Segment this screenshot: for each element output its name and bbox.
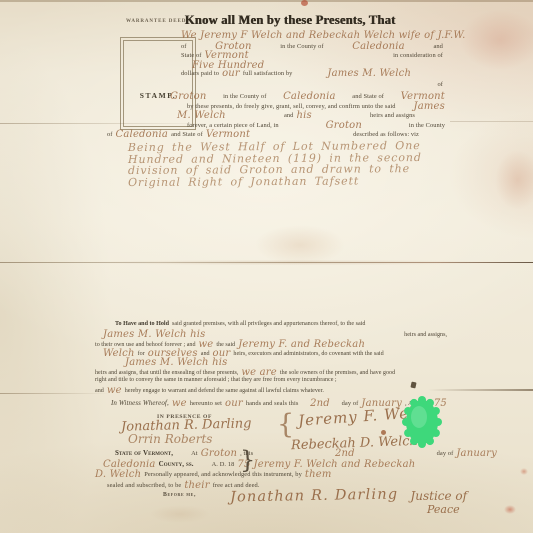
handwritten-text: them [305, 471, 332, 478]
text-line: andwehereby engage to warrant and defend… [95, 386, 447, 395]
printed-text: in the County of [280, 44, 323, 50]
text-line: State of Vermont,AtGroton, this2ndday of… [95, 449, 497, 460]
handwritten-text: James [413, 103, 445, 110]
handwritten-text: our [225, 400, 243, 407]
fold-crease [0, 262, 533, 263]
printed-text: hereby engage to warrant and defend the … [125, 388, 324, 394]
handwritten-text: Caledonia [103, 461, 156, 468]
justice-name: Jonathan R. Darling [230, 487, 399, 506]
printed-text: Personally appeared, and acknowledged th… [144, 472, 302, 478]
fold-crease [450, 121, 533, 122]
handwritten-text: James M. Welch his [125, 359, 227, 366]
text-line: CaledoniaCounty, ss.A. D. 1875Jeremy F. … [95, 460, 497, 471]
opening-paragraph: We Jeremy F Welch and Rebeckah Welch wif… [181, 31, 443, 89]
printed-text: and State of [352, 94, 384, 100]
printed-text: A. D. 18 [212, 462, 235, 468]
stain [150, 505, 210, 523]
stain [504, 505, 516, 514]
printed-text: and [201, 351, 210, 357]
handwritten-text: Caledonia [116, 131, 169, 138]
handwritten-text: Groton [170, 93, 206, 100]
handwritten-text: We Jeremy F Welch and Rebeckah Welch wif… [181, 32, 466, 39]
handwritten-text: D. Welch [95, 471, 141, 478]
printed-text: hereunto set [190, 401, 222, 407]
printed-text: heirs and assigns, that until the enseal… [95, 370, 238, 376]
printed-text: dollars paid to [181, 71, 219, 77]
handwritten-text: Jeremy F. and Rebeckah [238, 341, 365, 348]
printed-text: heirs and assigns, [404, 332, 447, 338]
text-line: by these presents, do freely give, grant… [107, 102, 445, 112]
stain [301, 0, 308, 6]
handwritten-text: Being the West Half of Lot Numbered One [128, 142, 421, 152]
printed-text: full satisfaction by [243, 71, 293, 77]
handwritten-text: division of said Groton and drawn to the [128, 165, 410, 175]
printed-text: To Have and to Hold [115, 321, 169, 327]
handwritten-text: Vermont [401, 93, 445, 100]
justice-title: Justice of [410, 489, 467, 503]
handwritten-text: Vermont [206, 131, 250, 138]
text-line: M. Welchandhisheirs and assigns [107, 111, 445, 121]
printed-text: to their own use and behoof forever ; an… [95, 342, 196, 348]
printed-text: in the County of [223, 94, 266, 100]
fold-crease [0, 123, 210, 124]
grant-paragraph: Grotonin the County ofCaledoniaand State… [107, 92, 445, 140]
printed-text: In Witness Whereof, [111, 400, 169, 407]
handwritten-text: Welch [103, 350, 135, 357]
stain [460, 10, 533, 70]
printed-text: day of [342, 401, 359, 407]
printed-text: sealed and subscribed, to be [107, 483, 181, 489]
handwritten-text: Original Right of Jonathan Tafsett [128, 177, 359, 186]
stain [255, 225, 345, 265]
acknowledgment-brace: } [240, 446, 255, 474]
printed-text: day of [437, 451, 454, 457]
property-description: Being the West Half of Lot Numbered OneH… [128, 141, 430, 189]
text-line: Grotonin the County ofCaledoniaand State… [107, 92, 445, 102]
handwritten-text: James M. Welch his [103, 331, 205, 338]
fold-crease [0, 393, 110, 394]
handwritten-text: we [107, 387, 122, 394]
habendum-paragraph: To Have and to Holdsaid granted premises… [95, 321, 447, 396]
handwritten-text: 2nd [310, 400, 330, 407]
handwritten-text: Groton [215, 43, 251, 50]
justice-title-line2: Peace [427, 503, 460, 516]
scan-edge [0, 0, 533, 2]
printed-text: said granted premises, with all privileg… [172, 321, 365, 327]
handwritten-text: 2nd [335, 450, 355, 457]
witness-signature: Orrin Roberts [128, 432, 212, 446]
printed-text: heirs and assigns [370, 113, 415, 119]
text-line: We Jeremy F Welch and Rebeckah Welch wif… [181, 31, 443, 40]
printed-text: State of Vermont, [115, 450, 173, 457]
deed-paper: WARRANTEE DEED. STAMP. Know all Men by t… [0, 0, 533, 533]
ink-blot [381, 430, 386, 435]
document-title: Know all Men by these Presents, That [120, 13, 460, 28]
printed-text: and State of [171, 132, 203, 138]
printed-text: heirs, executors and administrators, do … [233, 351, 383, 357]
stain [520, 468, 528, 475]
handwritten-text: M. Welch [177, 112, 226, 119]
text-line: Original Right of Jonathan Tafsett [128, 176, 430, 190]
handwritten-text: Groton [326, 122, 362, 129]
handwritten-text: ourselves [148, 350, 198, 357]
text-line: of [181, 82, 443, 89]
text-line: right and title to convey the same in ma… [95, 377, 447, 386]
printed-text: in the County [409, 123, 445, 129]
handwritten-text: Caledonia [352, 43, 405, 50]
handwritten-text: Vermont [205, 52, 249, 59]
handwritten-text: James M. Welch [327, 70, 411, 77]
stain [495, 150, 533, 210]
handwritten-text: January [456, 450, 497, 457]
printed-text: and [95, 388, 104, 394]
handwritten-text: Groton [201, 450, 237, 457]
handwritten-text: we are [241, 369, 277, 376]
printed-text: described as follows: viz [353, 132, 419, 138]
printed-text: County, ss. [159, 461, 194, 468]
notary-seal [402, 396, 442, 448]
handwritten-text: our [213, 350, 231, 357]
handwritten-text: we [199, 341, 214, 348]
handwritten-text: Caledonia [283, 93, 336, 100]
printed-text: the sole owners of the premises, and hav… [280, 370, 395, 376]
printed-text: State of [181, 53, 202, 59]
printed-text: hands and seals this [246, 401, 299, 407]
printed-text: by these presents, do freely give, grant… [187, 104, 396, 110]
justice-signature: Jonathan R. Darling Justice of [230, 485, 467, 504]
printed-text: right and title to convey the same in ma… [95, 377, 337, 383]
before-me-label: Before me, [163, 492, 196, 498]
text-line: heirs and assigns, that until the enseal… [95, 368, 447, 377]
handwritten-text: we [172, 400, 187, 407]
printed-text: of [437, 82, 443, 88]
witness-brace: { [277, 409, 294, 440]
handwritten-text: his [296, 112, 311, 119]
handwritten-text: our [222, 70, 240, 77]
text-line: D. WelchPersonally appeared, and acknowl… [95, 470, 497, 481]
printed-text: in consideration of [393, 53, 443, 59]
handwritten-text: Jeremy F. Welch and Rebeckah [254, 461, 416, 468]
printed-text: the said [216, 342, 235, 348]
printed-text: and [284, 113, 294, 119]
printed-text: of [107, 132, 113, 138]
printed-text: and [433, 44, 443, 50]
printed-text: for [138, 351, 145, 357]
printed-text: of [181, 44, 187, 50]
handwritten-text: their [184, 482, 209, 489]
printed-text: At [191, 451, 198, 457]
